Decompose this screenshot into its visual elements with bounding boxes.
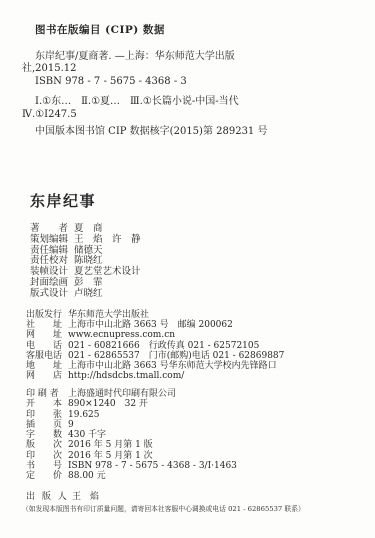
publisher-value: 华东师范大学出版社 bbox=[68, 310, 149, 320]
publisher-block: 出版发行 华东师范大学出版社 社 址 上海市中山北路 3663 号 邮编 200… bbox=[26, 310, 284, 381]
printing-row-inserts: 插 页 9 bbox=[26, 420, 237, 430]
publisher-row-publisher: 出版发行 华东师范大学出版社 bbox=[26, 310, 284, 320]
printing-value: 430 千字 bbox=[68, 430, 106, 440]
printing-label: 印 张 bbox=[26, 410, 63, 420]
publisher-label: 地 址 bbox=[26, 361, 63, 371]
printing-value: 上海盛通时代印刷有限公司 bbox=[68, 389, 176, 399]
printing-block: 印 刷 者 上海盛通时代印刷有限公司 开 本 890×1240 32 开 印 张… bbox=[26, 389, 237, 482]
printing-label: 印 次 bbox=[26, 451, 63, 461]
publisher-label: 网 址 bbox=[26, 330, 63, 340]
printing-label: 书 号 bbox=[26, 461, 63, 471]
copyright-page: 图书在版编目 (CIP) 数据 东岸纪事/夏商著. —上海：华东师范大学出版 社… bbox=[0, 0, 375, 538]
cip-record-number: 中国版本图书馆 CIP 数据核字(2015)第 289231 号 bbox=[22, 126, 367, 139]
printing-label: 定 价 bbox=[26, 471, 63, 481]
printing-row-printer: 印 刷 者 上海盛通时代印刷有限公司 bbox=[26, 389, 237, 399]
publisher-value: 上海市中山北路 3663 号 邮编 200062 bbox=[68, 320, 233, 330]
printing-value: 2016 年 5 月第 1 版 bbox=[68, 440, 153, 450]
printing-label: 印 刷 者 bbox=[26, 389, 63, 399]
cip-block: 图书在版编目 (CIP) 数据 东岸纪事/夏商著. —上海：华东师范大学出版 社… bbox=[22, 24, 367, 139]
publisher-row-address: 社 址 上海市中山北路 3663 号 邮编 200062 bbox=[26, 320, 284, 330]
credit-row-layout-design: 版式设计 卢晓红 bbox=[30, 289, 141, 300]
credits-block: 著 者 夏 商 策划编辑 王 焰 许 静 责任编辑 储德天 责任校对 陈晓红 装… bbox=[30, 224, 141, 300]
publisher-value: 上海市中山北路 3663 号华东师范大学校内先锋路口 bbox=[68, 361, 277, 371]
publisher-row-service-phone: 客服电话 021 - 62865537 门市(邮购)电话 021 - 62869… bbox=[26, 351, 284, 361]
printing-value: ISBN 978 - 7 - 5675 - 4368 - 3/I·1463 bbox=[68, 461, 237, 471]
credit-value: 卢晓红 bbox=[74, 289, 103, 300]
publisher-row-website: 网 址 www.ecnupress.com.cn bbox=[26, 330, 284, 340]
publisher-value: 021 - 60821666 行政传真 021 - 62572105 bbox=[68, 341, 259, 351]
cip-line-class1: Ⅰ.①东… Ⅱ.①夏… Ⅲ.①长篇小说-中国-当代 bbox=[22, 96, 367, 109]
credit-row-planning-editor: 策划编辑 王 焰 许 静 bbox=[30, 235, 141, 246]
cip-line-isbn: ISBN 978 - 7 - 5675 - 4368 - 3 bbox=[22, 76, 367, 89]
printing-row-word-count: 字 数 430 千字 bbox=[26, 430, 237, 440]
publisher-label: 电 话 bbox=[26, 341, 63, 351]
book-title: 东岸纪事 bbox=[30, 190, 96, 211]
publisher-value: http://hdsdcbs.tmall.com/ bbox=[68, 371, 184, 381]
cip-line-class2: Ⅳ.①I247.5 bbox=[22, 109, 367, 122]
publisher-label: 社 址 bbox=[26, 320, 63, 330]
publisher-row-phone: 电 话 021 - 60821666 行政传真 021 - 62572105 bbox=[26, 341, 284, 351]
printing-value: 19.625 bbox=[68, 410, 100, 420]
publisher-value: 021 - 62865537 门市(邮购)电话 021 - 62869887 bbox=[68, 351, 284, 361]
credit-label: 策划编辑 bbox=[30, 235, 70, 246]
printing-label: 字 数 bbox=[26, 430, 63, 440]
publisher-person-row: 出 版 人 王 焰 bbox=[26, 489, 99, 502]
credit-label: 版式设计 bbox=[30, 289, 70, 300]
publisher-row-store-address: 地 址 上海市中山北路 3663 号华东师范大学校内先锋路口 bbox=[26, 361, 284, 371]
printing-label: 插 页 bbox=[26, 420, 63, 430]
printing-row-book-number: 书 号 ISBN 978 - 7 - 5675 - 4368 - 3/I·146… bbox=[26, 461, 237, 471]
publisher-label: 出版发行 bbox=[26, 310, 63, 320]
publisher-label: 网 店 bbox=[26, 371, 63, 381]
publisher-row-online-store: 网 店 http://hdsdcbs.tmall.com/ bbox=[26, 371, 284, 381]
cip-heading: 图书在版编目 (CIP) 数据 bbox=[22, 24, 367, 37]
printing-row-impression: 印 次 2016 年 5 月第 1 次 bbox=[26, 451, 237, 461]
printing-value: 2016 年 5 月第 1 次 bbox=[68, 451, 153, 461]
printing-label: 版 次 bbox=[26, 440, 63, 450]
printing-label: 开 本 bbox=[26, 399, 63, 409]
printing-value: 88.00 元 bbox=[68, 471, 106, 481]
publisher-person-value: 王 焰 bbox=[72, 489, 99, 502]
printing-row-edition: 版 次 2016 年 5 月第 1 版 bbox=[26, 440, 237, 450]
printing-row-price: 定 价 88.00 元 bbox=[26, 471, 237, 481]
cip-line-title: 东岸纪事/夏商著. —上海：华东师范大学出版 bbox=[22, 51, 367, 64]
quality-notice: （如发现本版图书有印订质量问题，请寄回本社客服中心调换或电话 021 - 628… bbox=[22, 505, 369, 513]
printing-row-sheets: 印 张 19.625 bbox=[26, 410, 237, 420]
printing-value: 890×1240 32 开 bbox=[68, 399, 148, 409]
publisher-label: 客服电话 bbox=[26, 351, 63, 361]
publisher-value: www.ecnupress.com.cn bbox=[68, 330, 175, 340]
credit-value: 王 焰 许 静 bbox=[74, 235, 141, 246]
printing-value: 9 bbox=[68, 420, 74, 430]
cip-line-year: 社,2015.12 bbox=[22, 63, 367, 76]
printing-row-format: 开 本 890×1240 32 开 bbox=[26, 399, 237, 409]
publisher-person-label: 出 版 人 bbox=[26, 489, 70, 502]
